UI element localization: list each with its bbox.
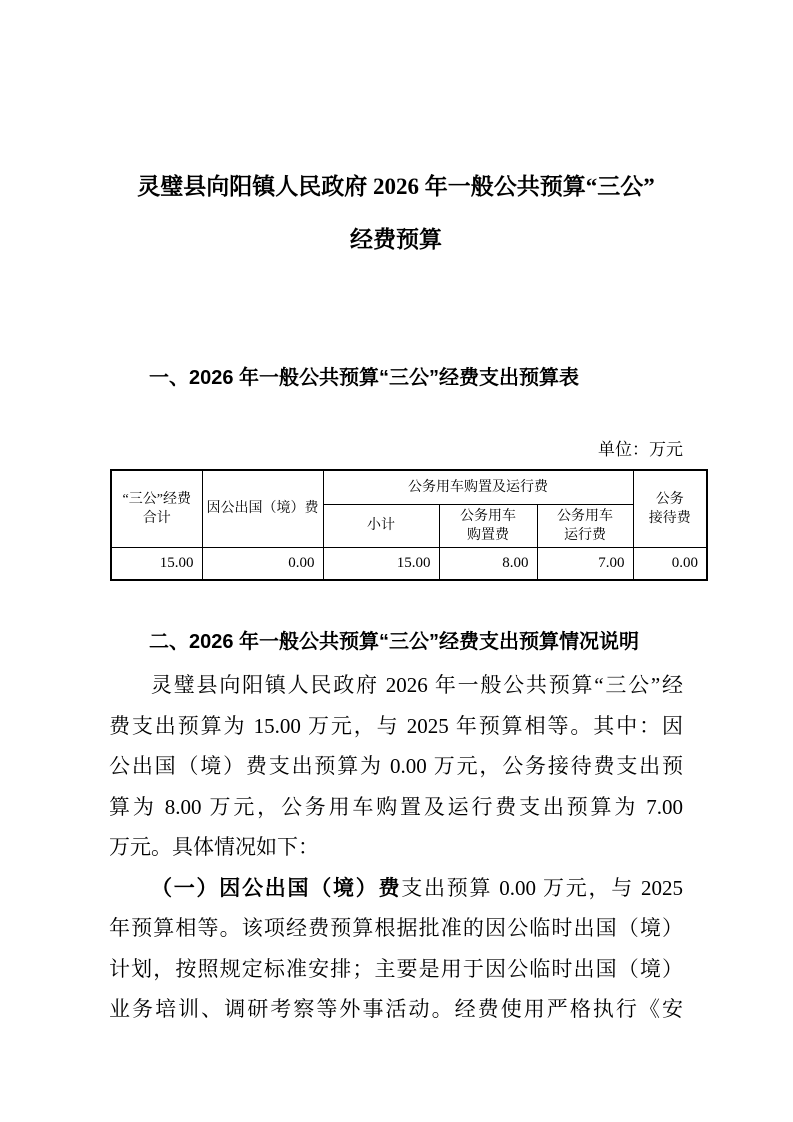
paragraph-2: （一）因公出国（境）费支出预算 0.00 万元，与 2025 年预算相等。该项经… [109,868,683,1030]
paragraph-1-line-4: 算为 8.00 万元，公务用车购置及运行费支出预算为 7.00 [109,787,683,828]
table-header-vehicle-operation-line1: 公务用车 [540,507,631,526]
paragraph-1-line-3: 公出国（境）费支出预算为 0.00 万元，公务接待费支出预 [109,746,683,787]
document-title: 灵璧县向阳镇人民政府 2026 年一般公共预算“三公” 经费预算 [109,160,683,266]
document-title-line1: 灵璧县向阳镇人民政府 2026 年一般公共预算“三公” [109,160,683,213]
table-header-row-1: “三公”经费 合计 因公出国（境）费 公务用车购置及运行费 公务 接待费 [111,470,707,504]
table-header-abroad: 因公出国（境）费 [202,470,323,547]
paragraph-1-line-1: 灵璧县向阳镇人民政府 2026 年一般公共预算“三公”经 [109,665,683,706]
table-header-reception-line1: 公务 [636,490,705,509]
section-2-heading: 二、2026 年一般公共预算“三公”经费支出预算情况说明 [109,629,683,655]
unit-label: 单位：万元 [109,439,683,461]
table-header-vehicle-operation-line2: 运行费 [540,526,631,545]
paragraph-2-line-3: 计划，按照规定标准安排；主要是用于因公临时出国（境） [109,949,683,990]
cell-vehicle-operation-value: 7.00 [537,547,633,580]
table-header-vehicle-subtotal: 小计 [323,504,439,547]
table-header-total: “三公”经费 合计 [111,470,202,547]
paragraph-2-line-1: （一）因公出国（境）费支出预算 0.00 万元，与 2025 [109,868,683,909]
cell-reception-value: 0.00 [633,547,707,580]
table-header-reception: 公务 接待费 [633,470,707,547]
table-header-total-line2: 合计 [114,509,200,528]
table-header-reception-line2: 接待费 [636,509,705,528]
paragraph-1-line-2: 费支出预算为 15.00 万元，与 2025 年预算相等。其中：因 [109,706,683,747]
table-data-row: 15.00 0.00 15.00 8.00 7.00 0.00 [111,547,707,580]
table-header-total-line1: “三公”经费 [114,490,200,509]
paragraph-2-line-4: 业务培训、调研考察等外事活动。经费使用严格执行《安 [109,989,683,1030]
section-1-heading: 一、2026 年一般公共预算“三公”经费支出预算表 [109,365,683,391]
cell-vehicle-subtotal-value: 15.00 [323,547,439,580]
paragraph-2-line-1-rest: 支出预算 0.00 万元，与 2025 [401,876,683,900]
table-header-vehicle-purchase-line2: 购置费 [442,526,535,545]
cell-vehicle-purchase-value: 8.00 [439,547,537,580]
paragraph-2-lead-bold: （一）因公出国（境）费 [151,876,401,900]
table-header-vehicle-group: 公务用车购置及运行费 [323,470,633,504]
document-page: 灵璧县向阳镇人民政府 2026 年一般公共预算“三公” 经费预算 一、2026 … [0,0,793,1122]
cell-abroad-value: 0.00 [202,547,323,580]
paragraph-1-line-5: 万元。具体情况如下： [109,827,683,868]
paragraph-2-line-2: 年预算相等。该项经费预算根据批准的因公临时出国（境） [109,908,683,949]
table-header-vehicle-operation: 公务用车 运行费 [537,504,633,547]
three-public-budget-table: “三公”经费 合计 因公出国（境）费 公务用车购置及运行费 公务 接待费 小计 … [110,469,708,581]
table-header-vehicle-purchase-line1: 公务用车 [442,507,535,526]
document-title-line2: 经费预算 [109,213,683,266]
table-header-vehicle-purchase: 公务用车 购置费 [439,504,537,547]
cell-total-value: 15.00 [111,547,202,580]
paragraph-1: 灵璧县向阳镇人民政府 2026 年一般公共预算“三公”经 费支出预算为 15.0… [109,665,683,868]
